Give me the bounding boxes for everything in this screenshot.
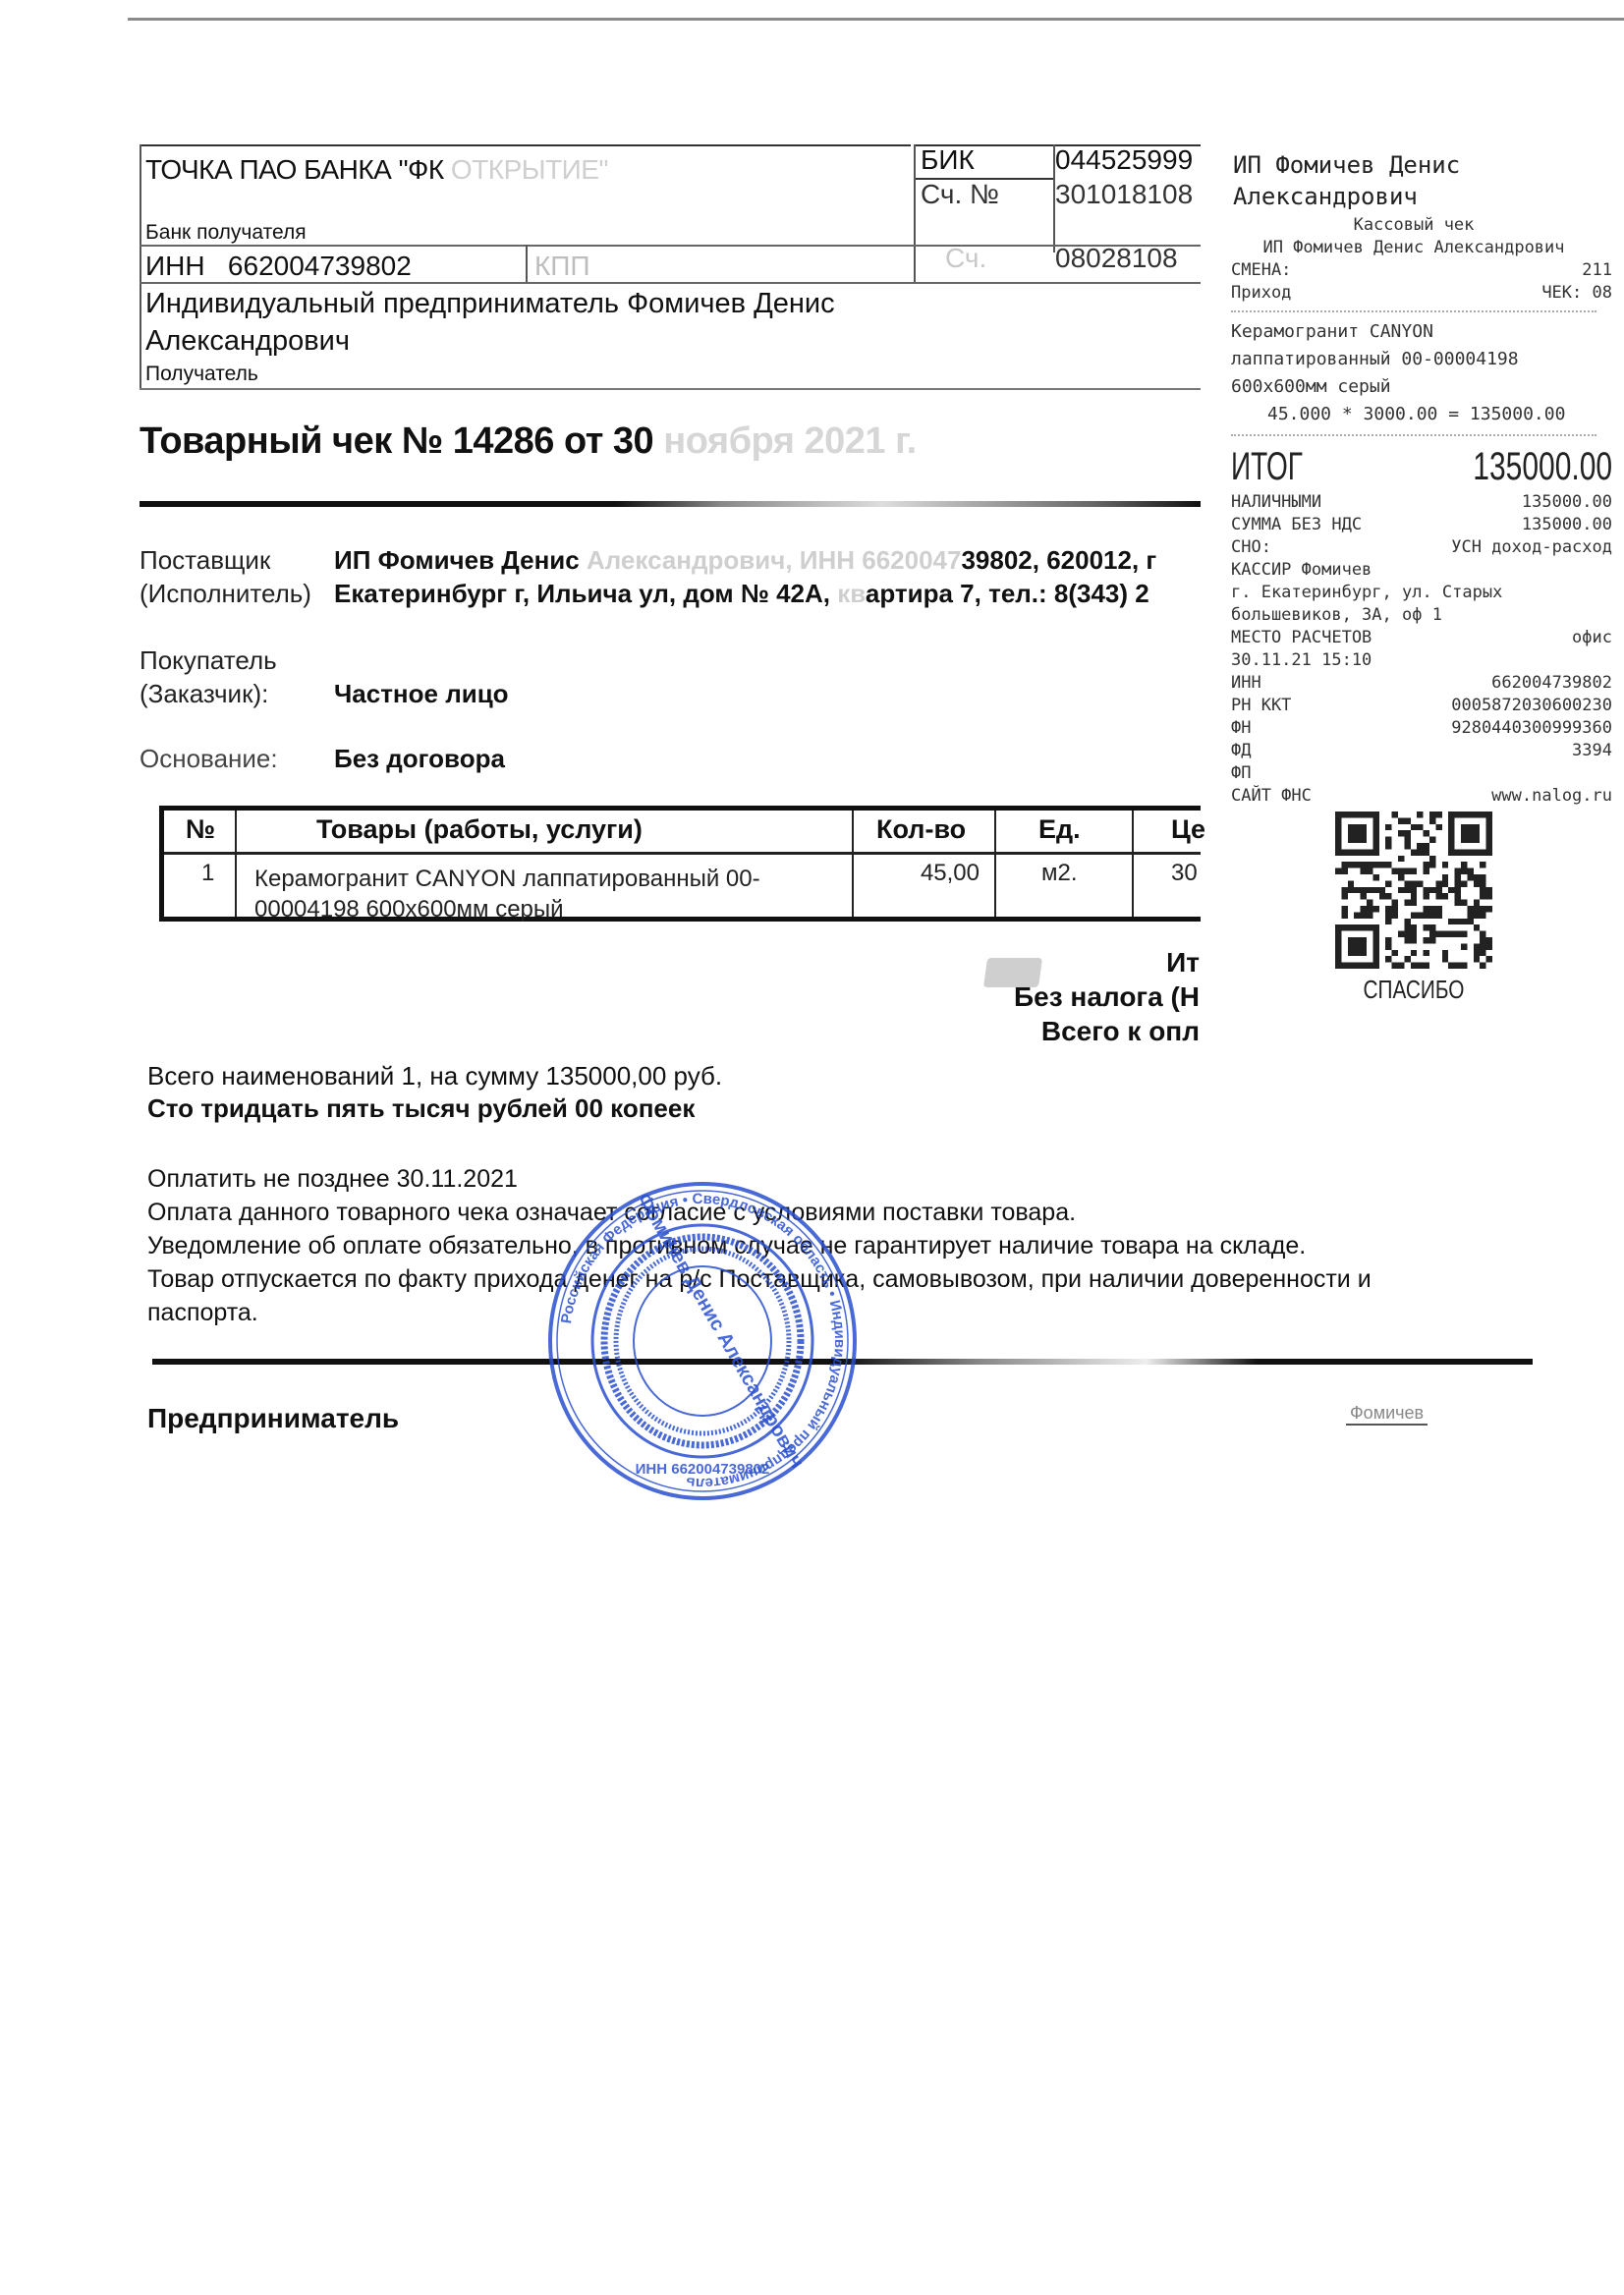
receipt-row-value: 662004739802 [1491,672,1612,695]
receipt-row: 30.11.21 15:10 [1204,649,1624,672]
receipt-seller: ИП Фомичев Денис Александрович [1204,237,1624,259]
svg-text:ИНН 662004739802: ИНН 662004739802 [636,1461,770,1478]
column-divider [852,811,854,917]
account-label: Сч. [945,243,986,274]
column-divider [235,811,237,917]
account-value: 08028108 [1055,243,1178,274]
payee-label: Получатель [145,363,258,386]
receipt-row-value: 3394 [1572,740,1612,762]
column-divider [1132,811,1134,917]
receipt-row-label: ФД [1231,740,1251,762]
receipt-row-label: г. Екатеринбург, ул. Старых [1231,582,1502,604]
divider [140,388,1201,390]
signature-label: Предприниматель [147,1403,399,1434]
to-pay-label: Всего к опл [1014,1014,1200,1048]
header-separator [164,852,1201,855]
cash-receipt: ИП Фомичев Денис Александрович Кассовый … [1204,138,1624,1005]
receipt-row-value: 135000.00 [1522,491,1612,514]
tax-label: Без налога (Н [1014,980,1200,1014]
receipt-item-calc: 45.000 * 3000.00 = 135000.00 [1204,401,1624,428]
total-label: Ит [1014,945,1200,980]
receipt-item-line2: лаппатированный 00-00004198 [1204,346,1624,373]
supplier-value: ИП Фомичев Денис Александрович, ИНН 6620… [334,543,1156,610]
seal-stamp-icon: Российская Федерация • Свердловская обла… [545,1179,860,1503]
kpp-label: КПП [534,251,590,282]
receipt-row: ФП [1204,762,1624,785]
receipt-row-label: ИНН [1231,672,1261,695]
bank-details: ТОЧКА ПАО БАНКА "ФК ОТКРЫТИЕ" Банк получ… [140,144,1201,390]
row-number: 1 [201,860,214,887]
receipt-row-label: большевиков, 3А, оф 1 [1231,604,1442,627]
bank-label: Банк получателя [145,221,307,245]
bik-value: 044525999 [1055,144,1193,176]
receipt-footer: СПАСИБО [1246,975,1582,1005]
signature-name: Фомичев [1346,1403,1428,1426]
receipt-row: МЕСТО РАСЧЕТОВофис [1204,627,1624,649]
divider [914,144,916,282]
divider [526,245,528,282]
row-quantity: 45,00 [871,860,980,887]
receipt-header: ИП Фомичев Денис Александрович [1204,138,1624,212]
receipt-title: Кассовый чек [1204,214,1624,237]
header-unit: Ед. [1038,814,1081,845]
receipt-row: САЙТ ФНСwww.nalog.ru [1204,785,1624,808]
receipt-row: КАССИР Фомичев [1204,559,1624,582]
buyer-label: Покупатель(Заказчик): [140,644,277,710]
receipt-row-label: КАССИР Фомичев [1231,559,1372,582]
document-title: Товарный чек № 14286 от 30 ноября 2021 г… [140,420,917,463]
receipt-item-line1: Керамогранит CANYON [1204,318,1624,346]
summary-count: Всего наименований 1, на сумму 135000,00… [147,1061,722,1092]
receipt-row-value: офис [1572,627,1612,649]
receipt-row-value: УСН доход-расход [1451,536,1612,559]
receipt-row-value: 9280440300999360 [1451,717,1612,740]
receipt-row-value: 0005872030600230 [1451,695,1612,717]
bank-name: ТОЧКА ПАО БАНКА "ФК ОТКРЫТИЕ" [145,154,608,186]
receipt-row-label: САЙТ ФНС [1231,785,1312,808]
totals: Ит Без налога (Н Всего к опл [1014,945,1200,1048]
separator [1231,310,1596,312]
receipt-row-value: www.nalog.ru [1491,785,1612,808]
receipt-row: ФН9280440300999360 [1204,717,1624,740]
qr-code-icon [1335,812,1492,969]
header-quantity: Кол-во [876,814,966,845]
receipt-row-label: НАЛИЧНЫМИ [1231,491,1321,514]
row-price: 30 [1171,860,1198,887]
title-rule [140,501,1201,507]
receipt-row-label: ФП [1231,762,1251,785]
receipt-row: ФД3394 [1204,740,1624,762]
corr-account-label: Сч. № [921,179,999,210]
receipt-row: большевиков, 3А, оф 1 [1204,604,1624,627]
basis-label: Основание: [140,742,278,775]
supplier-label: Поставщик(Исполнитель) [140,543,311,610]
inn: ИНН 662004739802 [145,251,412,282]
divider [140,144,141,390]
row-item-name: Керамогранит CANYON лаппатированный 00-0… [254,864,760,924]
corr-account-value: 301018108 [1055,179,1193,210]
receipt-row-label: РН ККТ [1231,695,1291,717]
header-price: Це [1171,814,1205,845]
receipt-row: г. Екатеринбург, ул. Старых [1204,582,1624,604]
divider [140,282,1201,284]
receipt-operation: ПриходЧЕК: 08 [1204,282,1624,305]
receipt-shift: СМЕНА:211 [1204,259,1624,282]
receipt-row-label: СУММА БЕЗ НДС [1231,514,1362,536]
items-table: № Товары (работы, услуги) Кол-во Ед. Це … [159,806,1201,922]
receipt-row-label: СНО: [1231,536,1271,559]
divider [140,245,1201,247]
receipt-row: СНО:УСН доход-расход [1204,536,1624,559]
summary-amount-words: Сто тридцать пять тысяч рублей 00 копеек [147,1093,695,1124]
divider [140,144,911,146]
receipt-row: РН ККТ0005872030600230 [1204,695,1624,717]
receipt-row-label: ФН [1231,717,1251,740]
scan-top-edge [128,18,1624,21]
receipt-fiscal-rows: НАЛИЧНЫМИ135000.00СУММА БЕЗ НДС135000.00… [1204,491,1624,808]
receipt-row: СУММА БЕЗ НДС135000.00 [1204,514,1624,536]
header-number: № [186,814,215,845]
receipt-row: ИНН662004739802 [1204,672,1624,695]
receipt-row-value: 135000.00 [1522,514,1612,536]
basis-value: Без договора [334,742,505,775]
header-goods: Товары (работы, услуги) [316,814,643,845]
receipt-total: ИТОГ135000.00 [1204,442,1624,491]
column-divider [994,811,996,917]
bik-label: БИК [921,144,975,176]
receipt-row-label: МЕСТО РАСЧЕТОВ [1231,627,1372,649]
receipt-row: НАЛИЧНЫМИ135000.00 [1204,491,1624,514]
receipt-item-line3: 600х600мм серый [1204,373,1624,401]
receipt-row-label: 30.11.21 15:10 [1231,649,1372,672]
buyer-value: Частное лицо [334,677,509,710]
payee-name: Индивидуальный предприниматель Фомичев Д… [145,285,835,360]
separator [1231,434,1596,436]
row-unit: м2. [1041,860,1078,887]
